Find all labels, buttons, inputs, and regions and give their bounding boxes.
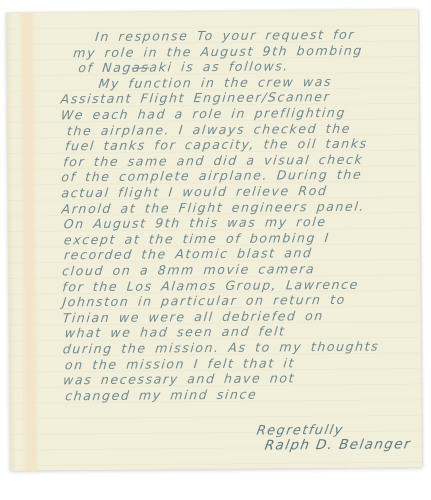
letter-line: my role in the August 9th bombing (73, 42, 364, 60)
letter-line: was necessary and have not (62, 370, 295, 387)
letter-line: actual flight I would relieve Rod (61, 183, 328, 200)
letter-paper: In response To your request formy role i… (6, 9, 422, 471)
letter-line: during the mission. As to my thoughts (62, 339, 380, 357)
letter-line: My function in the crew was (98, 74, 333, 91)
letter-line: Assistant Flight Engineer/Scanner (60, 89, 331, 106)
letter-line: We each had a role in preflighting (60, 105, 347, 123)
letter-body: In response To your request formy role i… (6, 9, 418, 13)
scanned-letter: In response To your request formy role i… (0, 0, 431, 500)
letter-line: of Nagasaki is as follows. (78, 59, 290, 76)
letter-line: recorded the Atomic blast and (63, 246, 313, 263)
letter-signature: Ralph D. Belanger (263, 436, 412, 453)
struck-word: as (131, 60, 150, 75)
letter-line: what we had seen and felt (64, 324, 286, 341)
letter-line: Johnston in particular on return to (62, 292, 347, 309)
paper-fold-band (18, 13, 40, 471)
letter-line: on the mission I felt that it (64, 355, 295, 372)
letter-line: On August 9th this was my role (63, 214, 327, 231)
letter-line: In response To your request for (94, 27, 355, 44)
letter-line: cloud on a 8mm movie camera (62, 261, 316, 278)
letter-line: fuel tanks for capacity, the oil tanks (64, 136, 368, 154)
letter-line: changed my mind since (65, 386, 258, 403)
letter-line: of the complete airplane. During the (61, 167, 363, 185)
